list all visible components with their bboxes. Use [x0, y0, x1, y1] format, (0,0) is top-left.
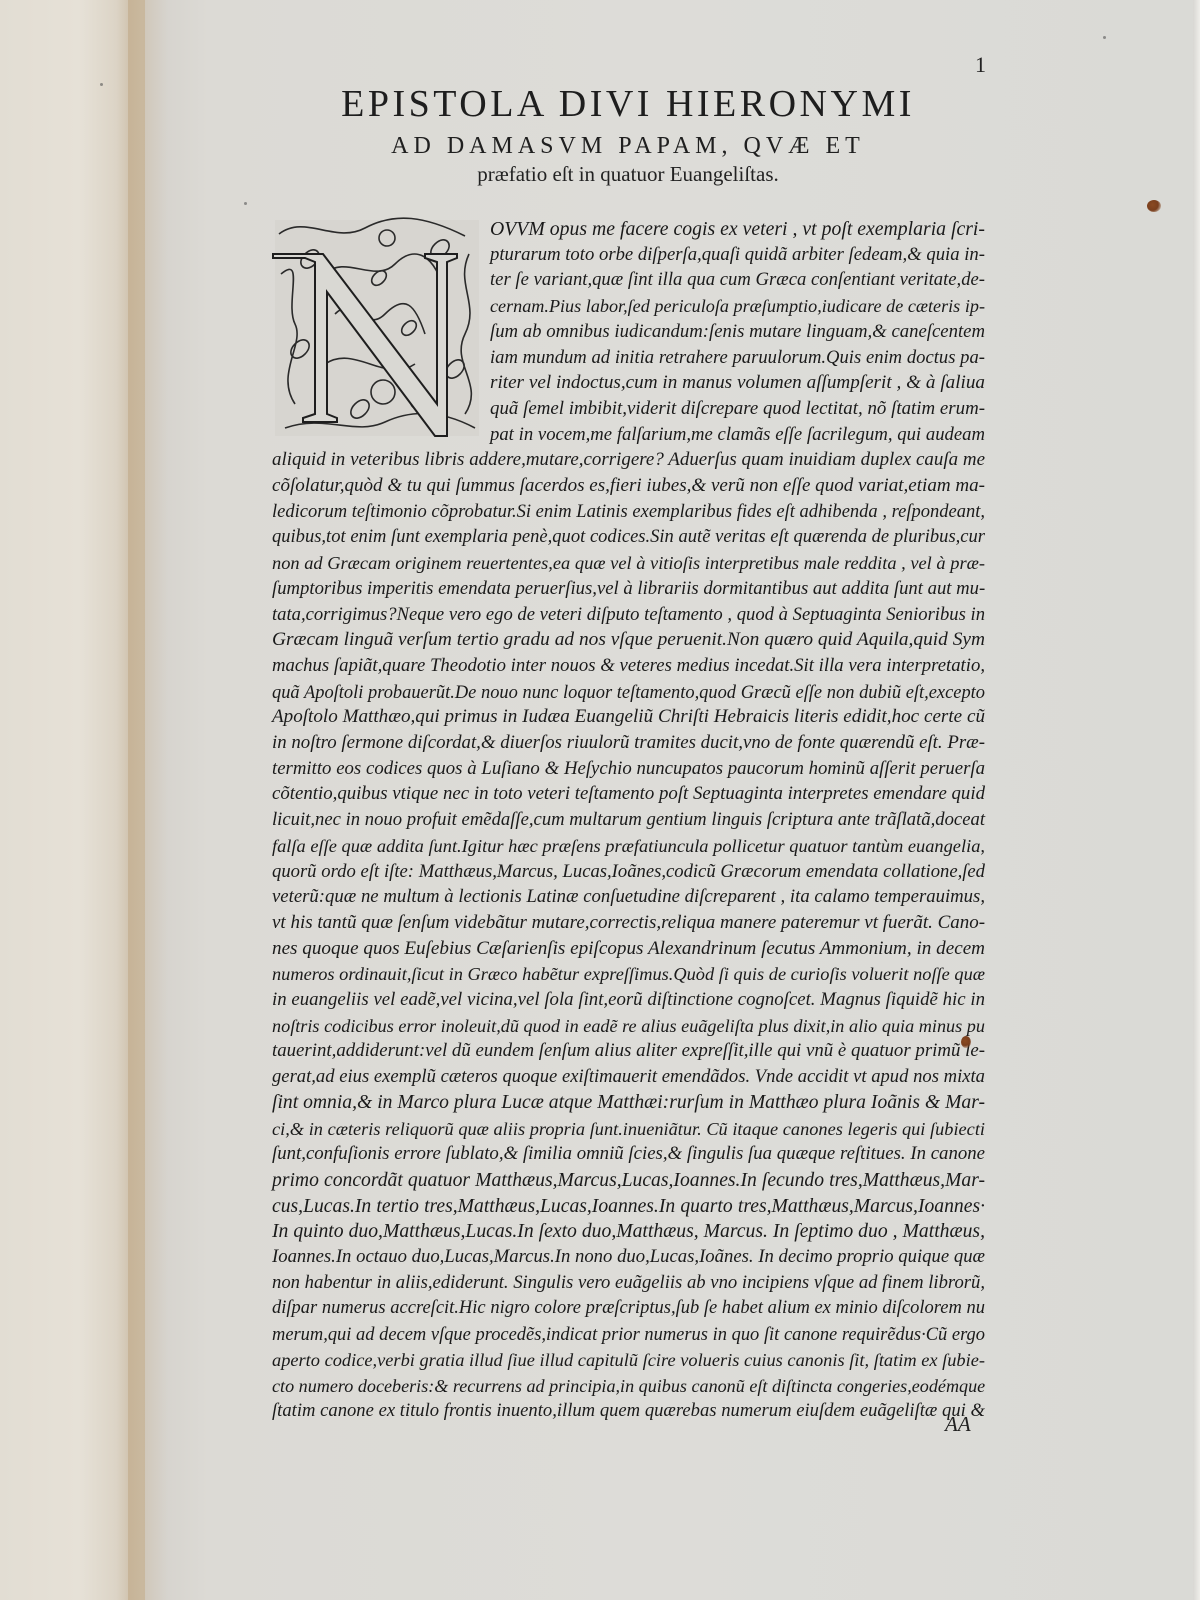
floral-initial-n-icon — [265, 214, 487, 442]
dropcap-ornament — [265, 214, 487, 442]
text-line: ter ſe variant,quæ ſint illa qua cum Græ… — [490, 267, 985, 293]
text-line: noſtris codicibus error inoleuit,dũ quod… — [272, 1013, 985, 1039]
text-line: licuit,nec in nouo profuit emẽdaſſe,cum … — [272, 807, 985, 833]
text-line: in euangeliis vel eadẽ,vel vicina,vel ſo… — [272, 987, 985, 1013]
text-line: cernam.Pius labor,ſed periculoſa præſump… — [490, 293, 985, 319]
text-line: vt his tantũ quæ ſenſum videbãtur mutare… — [272, 910, 985, 936]
text-line: ledicorum teſtimonio cõprobatur.Si enim … — [272, 499, 985, 525]
text-line: In quinto duo,Matthæus,Lucas.In ſexto du… — [272, 1218, 985, 1244]
text-line: diſpar numerus accreſcit.Hic nigro color… — [272, 1295, 985, 1321]
text-line: quibus,tot enim ſunt exemplaria penè,quo… — [272, 524, 985, 550]
text-line: quã Apoſtoli probauerũt.De nouo nunc loq… — [272, 679, 985, 705]
left-page-edge — [0, 0, 145, 1600]
text-line: cõſolatur,quòd & tu qui ſummus ſacerdos … — [272, 473, 985, 499]
text-line: riter vel indoctus,cum in manus volumen … — [490, 370, 985, 396]
text-line: cõtentio,quibus vtique nec in toto veter… — [272, 781, 985, 807]
text-line: tata,corrigimus?Neque vero ego de veteri… — [272, 602, 985, 628]
text-line: cto numero doceberis:& recurrens ad prin… — [272, 1373, 985, 1399]
text-line: quorũ ordo eſt iſte: Matthæus,Marcus, Lu… — [272, 859, 985, 885]
page-subtitle: AD DAMASVM PAPAM, QVÆ ET — [268, 133, 988, 160]
text-line: ſum ab omnibus iudicandum:ſenis mutare l… — [490, 319, 985, 345]
page-edge — [1193, 0, 1200, 1600]
text-line: numeros ordinauit,ſicut in Græco habẽtur… — [272, 961, 985, 987]
text-line: iam mundum ad initia retrahere paruuloru… — [490, 345, 985, 371]
paper-speck — [100, 83, 103, 86]
gutter-shadow — [128, 0, 168, 1600]
signature-mark: AA — [945, 1412, 971, 1437]
text-line: ſumptoribus imperitis emendata peruerſiu… — [272, 576, 985, 602]
text-line: veterũ:quæ ne multum à lectionis Latinæ … — [272, 884, 985, 910]
paper-speck — [1103, 36, 1106, 39]
text-line: tauerint,addiderunt:vel dũ eundem ſenſum… — [272, 1038, 985, 1064]
text-line: nes quoque quos Euſebius Cæſarienſis epi… — [272, 936, 985, 962]
text-line: termitto eos codices quos à Luſiano & He… — [272, 756, 985, 782]
text-line: Ioannes.In octauo duo,Lucas,Marcus.In no… — [272, 1244, 985, 1270]
text-line: merum,qui ad decem vſque procedẽs,indica… — [272, 1321, 985, 1347]
text-line: ſunt,confuſionis errore ſublato,& ſimili… — [272, 1141, 985, 1167]
text-line: Apoſtolo Matthæo,qui primus in Iudæa Eua… — [272, 704, 985, 730]
paper-speck — [244, 202, 247, 205]
page-title: EPISTOLA DIVI HIERONYMI — [268, 82, 988, 126]
text-line: pat in vocem,me falſarium,me clamãs eſſe… — [490, 422, 985, 448]
text-line: non habentur in aliis,ediderunt. Singuli… — [272, 1270, 985, 1296]
text-line: Græcam linguã verſum tertio gradu ad nos… — [272, 627, 985, 653]
text-line: quã ſemel imbibit,viderit diſcrepare quo… — [490, 396, 985, 422]
text-line: falſa eſſe quæ addita ſunt.Igitur hæc pr… — [272, 833, 985, 859]
text-line: in noſtro ſermone diſcordat,& diuerſos r… — [272, 730, 985, 756]
text-line: ſtatim canone ex titulo frontis inuento,… — [272, 1398, 985, 1424]
text-line: machus ſapiãt,quare Theodotio inter nouo… — [272, 653, 985, 679]
page-subtitle-line2: præfatio eſt in quatuor Euangeliſtas. — [268, 162, 988, 187]
text-line: primo concordãt quatuor Matthæus,Marcus,… — [272, 1167, 985, 1193]
text-line: gerat,ad eius exemplũ cæteros quoque exi… — [272, 1064, 985, 1090]
text-line: pturarum toto orbe diſperſa,quaſi quidã … — [490, 242, 985, 268]
text-line: non ad Græcam originem reuertentes,ea qu… — [272, 550, 985, 576]
text-line: ci,& in cæteris reliquorũ quæ aliis prop… — [272, 1116, 985, 1142]
text-line: aliquid in veteribus libris addere,mutar… — [272, 447, 985, 473]
foxing-stain — [1147, 200, 1161, 212]
text-line: OVVM opus me facere cogis ex veteri , vt… — [490, 216, 985, 242]
text-line: aperto codice,verbi gratia illud ſiue il… — [272, 1347, 985, 1373]
text-line: ſint omnia,& in Marco plura Lucæ atque M… — [272, 1090, 985, 1116]
folio-number: 1 — [975, 52, 986, 78]
foxing-stain — [961, 1036, 971, 1048]
text-line: cus,Lucas.In tertio tres,Matthæus,Lucas,… — [272, 1193, 985, 1219]
